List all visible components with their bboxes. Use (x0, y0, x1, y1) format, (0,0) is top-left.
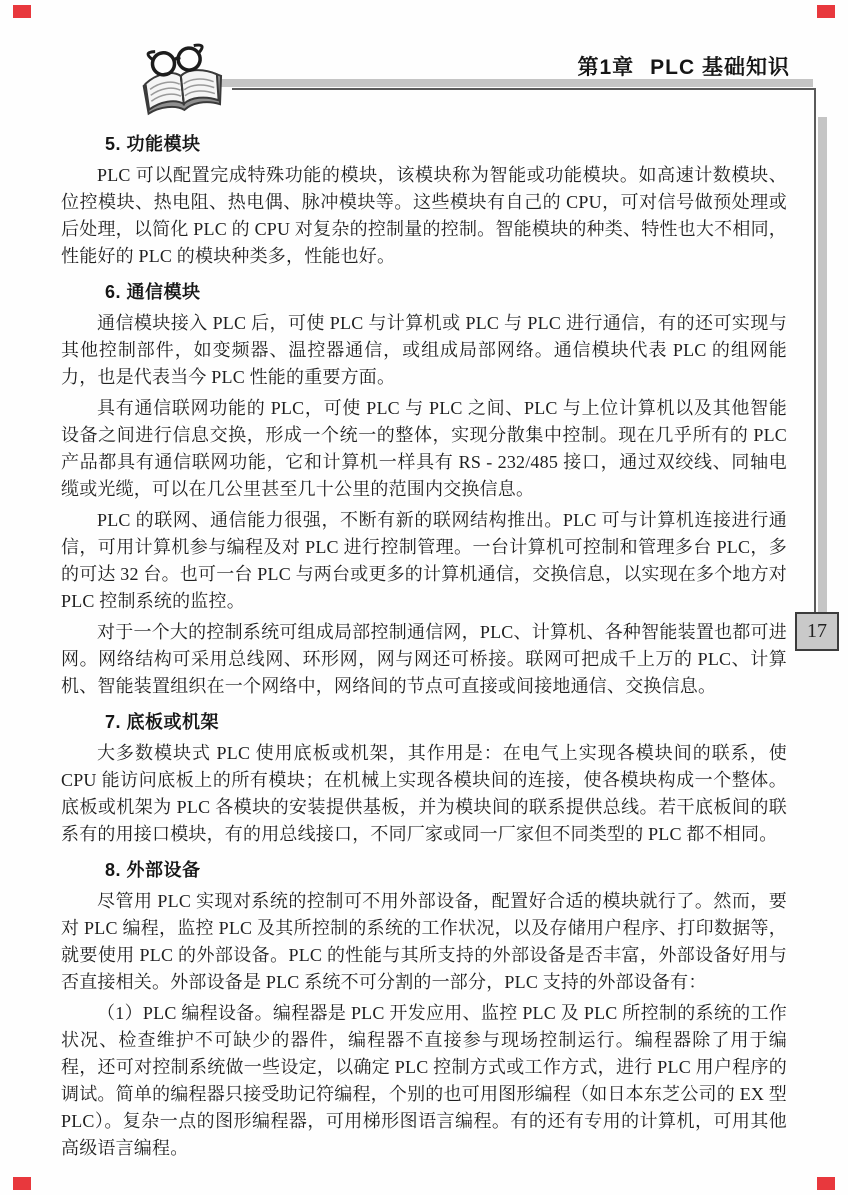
page-number: 17 (807, 620, 827, 643)
section-6-communication-modules: 6. 通信模块 通信模块接入 PLC 后，可使 PLC 与计算机或 PLC 与 … (61, 278, 787, 700)
right-rule-line (814, 88, 816, 615)
header-rule-line (232, 88, 816, 90)
body-paragraph: 尽管用 PLC 实现对系统的控制可不用外部设备，配置好合适的模块就行了。然而，要… (61, 888, 787, 996)
body-paragraph: （1）PLC 编程设备。编程器是 PLC 开发应用、监控 PLC 及 PLC 所… (61, 1000, 787, 1162)
body-paragraph: PLC 可以配置完成特殊功能的模块，该模块称为智能或功能模块。如高速计数模块、位… (61, 162, 787, 270)
section-heading: 8. 外部设备 (61, 856, 787, 882)
chapter-heading: 第1章PLC 基础知识 (577, 51, 790, 81)
body-paragraph: 对于一个大的控制系统可组成局部控制通信网，PLC、计算机、各种智能装置也都可进网… (61, 619, 787, 700)
body-paragraph: 通信模块接入 PLC 后，可使 PLC 与计算机或 PLC 与 PLC 进行通信… (61, 310, 787, 391)
body-paragraph: 具有通信联网功能的 PLC，可使 PLC 与 PLC 之间、PLC 与上位计算机… (61, 395, 787, 503)
chapter-number: 第1章 (577, 56, 634, 79)
section-8-external-devices: 8. 外部设备 尽管用 PLC 实现对系统的控制可不用外部设备，配置好合适的模块… (61, 856, 787, 1162)
corner-mark-bottom-right (817, 1177, 835, 1190)
page-content: 5. 功能模块 PLC 可以配置完成特殊功能的模块，该模块称为智能或功能模块。如… (61, 122, 787, 1166)
section-7-baseplate-or-rack: 7. 底板或机架 大多数模块式 PLC 使用底板或机架，其作用是：在电气上实现各… (61, 708, 787, 848)
section-heading: 5. 功能模块 (61, 130, 787, 156)
right-rule-shadow (818, 117, 827, 613)
section-heading: 6. 通信模块 (61, 278, 787, 304)
corner-mark-top-right (817, 5, 835, 18)
section-heading: 7. 底板或机架 (61, 708, 787, 734)
corner-mark-top-left (13, 5, 31, 18)
page-number-tab: 17 (795, 612, 839, 651)
book-page: { "header": { "chapter_label": "第1章", "c… (0, 0, 848, 1195)
section-5-function-modules: 5. 功能模块 PLC 可以配置完成特殊功能的模块，该模块称为智能或功能模块。如… (61, 130, 787, 270)
chapter-name: PLC 基础知识 (650, 56, 790, 79)
body-paragraph: PLC 的联网、通信能力很强，不断有新的联网结构推出。PLC 可与计算机连接进行… (61, 507, 787, 615)
body-paragraph: 大多数模块式 PLC 使用底板或机架，其作用是：在电气上实现各模块间的联系，使 … (61, 740, 787, 848)
open-book-with-glasses-icon (132, 42, 232, 122)
corner-mark-bottom-left (13, 1177, 31, 1190)
